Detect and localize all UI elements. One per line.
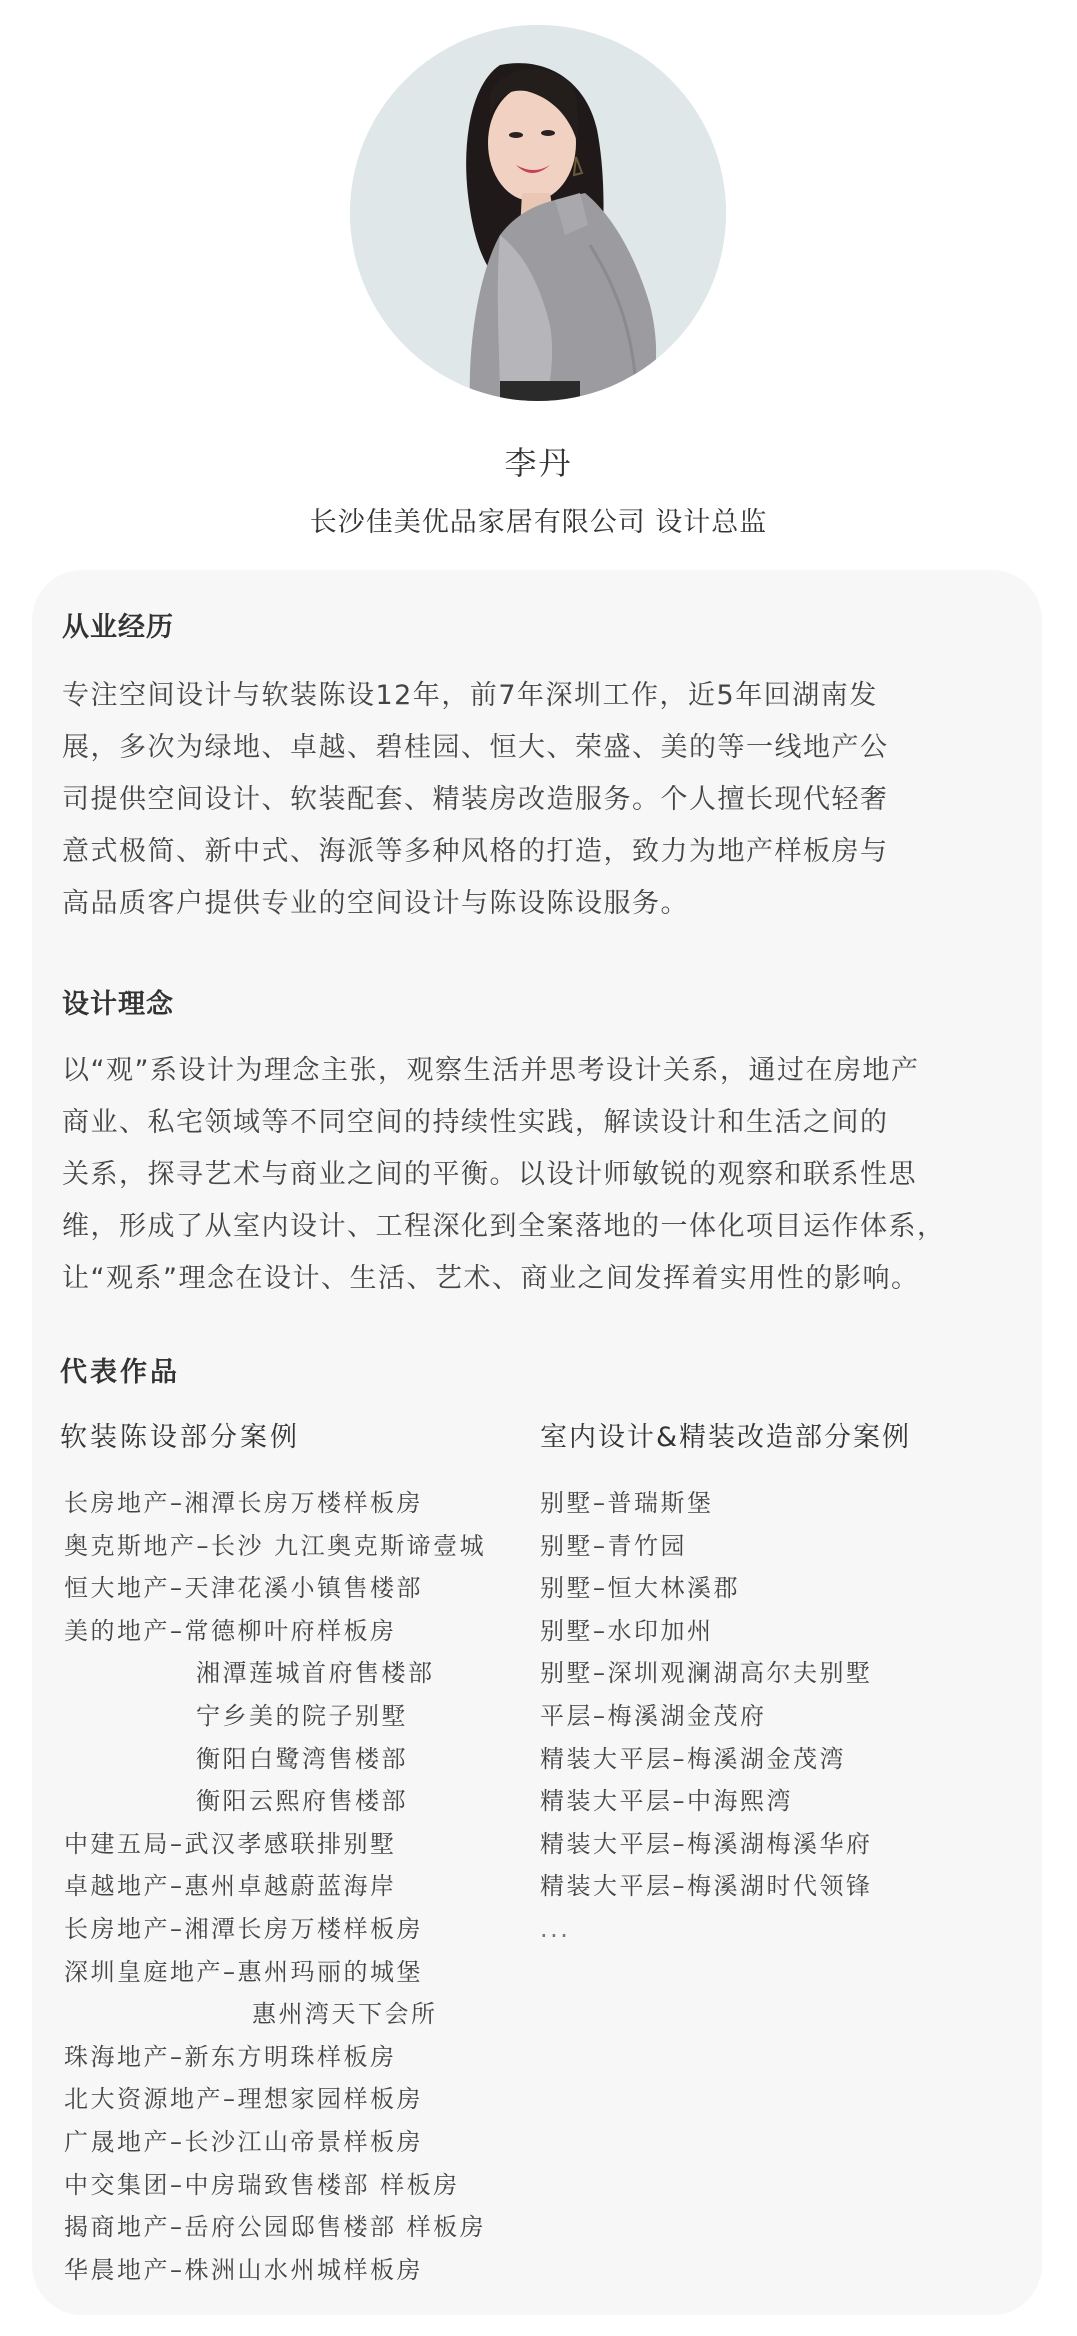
list-item: 精装大平层–中海熙湾 (540, 1780, 873, 1823)
experience-line: 高品质客户提供专业的空间设计与陈设陈设服务。 (62, 878, 1027, 930)
philosophy-heading: 设计理念 (62, 982, 174, 1021)
list-item: 别墅–青竹园 (540, 1525, 873, 1568)
philosophy-line: 商业、私宅领域等不同空间的持续性实践，解读设计和生活之间的 (62, 1097, 1027, 1149)
list-item: 广晟地产–长沙江山帝景样板房 (64, 2121, 486, 2164)
list-item: 精装大平层–梅溪湖时代领锋 (540, 1865, 873, 1908)
experience-line: 展，多次为绿地、卓越、碧桂园、恒大、荣盛、美的等一线地产公 (62, 722, 1027, 774)
experience-line: 意式极简、新中式、海派等多种风格的打造，致力为地产样板房与 (62, 826, 1027, 878)
philosophy-text: 以“观”系设计为理念主张，观察生活并思考设计关系，通过在房地产 商业、私宅领域等… (62, 1045, 1027, 1305)
list-item: 华晨地产–株洲山水州城样板房 (64, 2249, 486, 2292)
interior-heading: 室内设计&精装改造部分案例 (540, 1415, 911, 1454)
soft-decor-list: 长房地产–湘潭长房万楼样板房 奥克斯地产–长沙 九江奥克斯谛壹城 恒大地产–天津… (64, 1482, 486, 2291)
interior-list: 别墅–普瑞斯堡 别墅–青竹园 别墅–恒大林溪郡 别墅–水印加州 别墅–深圳观澜湖… (540, 1482, 873, 1951)
list-item: 揭商地产–岳府公园邸售楼部 样板房 (64, 2206, 486, 2249)
list-item: 深圳皇庭地产–惠州玛丽的城堡 (64, 1951, 486, 1994)
philosophy-line: 维，形成了从室内设计、工程深化到全案落地的一体化项目运作体系， (62, 1201, 1027, 1253)
list-item: 长房地产–湘潭长房万楼样板房 (64, 1482, 486, 1525)
experience-line: 司提供空间设计、软装配套、精装房改造服务。个人擅长现代轻奢 (62, 774, 1027, 826)
list-item: 奥克斯地产–长沙 九江奥克斯谛壹城 (64, 1525, 486, 1568)
list-item: 珠海地产–新东方明珠样板房 (64, 2036, 486, 2079)
profile-card: 从业经历 专注空间设计与软装陈设12年，前7年深圳工作，近5年回湖南发 展，多次… (32, 570, 1042, 2315)
list-item: 惠州湾天下会所 (64, 1993, 486, 2036)
philosophy-line: 关系，探寻艺术与商业之间的平衡。以设计师敏锐的观察和联系性思 (62, 1149, 1027, 1201)
experience-text: 专注空间设计与软装陈设12年，前7年深圳工作，近5年回湖南发 展，多次为绿地、卓… (62, 670, 1027, 930)
works-heading: 代表作品 (60, 1350, 180, 1389)
list-item: 衡阳云熙府售楼部 (64, 1780, 486, 1823)
list-item: 北大资源地产–理想家园样板房 (64, 2078, 486, 2121)
list-item: 别墅–恒大林溪郡 (540, 1567, 873, 1610)
list-item: 平层–梅溪湖金茂府 (540, 1695, 873, 1738)
soft-decor-heading: 软装陈设部分案例 (60, 1415, 300, 1454)
list-item: 别墅–水印加州 (540, 1610, 873, 1653)
list-item: 中交集团–中房瑞致售楼部 样板房 (64, 2164, 486, 2207)
profile-title: 长沙佳美优品家居有限公司 设计总监 (0, 500, 1077, 539)
list-item: 衡阳白鹭湾售楼部 (64, 1738, 486, 1781)
list-item: 恒大地产–天津花溪小镇售楼部 (64, 1567, 486, 1610)
list-item: 卓越地产–惠州卓越蔚蓝海岸 (64, 1865, 486, 1908)
list-item: 精装大平层–梅溪湖梅溪华府 (540, 1823, 873, 1866)
list-item: 别墅–普瑞斯堡 (540, 1482, 873, 1525)
list-item: 别墅–深圳观澜湖高尔夫别墅 (540, 1652, 873, 1695)
list-item: 中建五局–武汉孝感联排别墅 (64, 1823, 486, 1866)
portrait-illustration (350, 25, 726, 401)
profile-photo (350, 25, 726, 401)
list-item: 美的地产–常德柳叶府样板房 (64, 1610, 486, 1653)
experience-line: 专注空间设计与软装陈设12年，前7年深圳工作，近5年回湖南发 (62, 670, 1027, 722)
list-item: 宁乡美的院子别墅 (64, 1695, 486, 1738)
ellipsis: ... (540, 1908, 873, 1951)
profile-name: 李丹 (0, 438, 1077, 484)
list-item: 长房地产–湘潭长房万楼样板房 (64, 1908, 486, 1951)
list-item: 湘潭莲城首府售楼部 (64, 1652, 486, 1695)
experience-heading: 从业经历 (62, 605, 174, 644)
list-item: 精装大平层–梅溪湖金茂湾 (540, 1738, 873, 1781)
philosophy-line: 让“观系”理念在设计、生活、艺术、商业之间发挥着实用性的影响。 (62, 1253, 1027, 1305)
philosophy-line: 以“观”系设计为理念主张，观察生活并思考设计关系，通过在房地产 (62, 1045, 1027, 1097)
